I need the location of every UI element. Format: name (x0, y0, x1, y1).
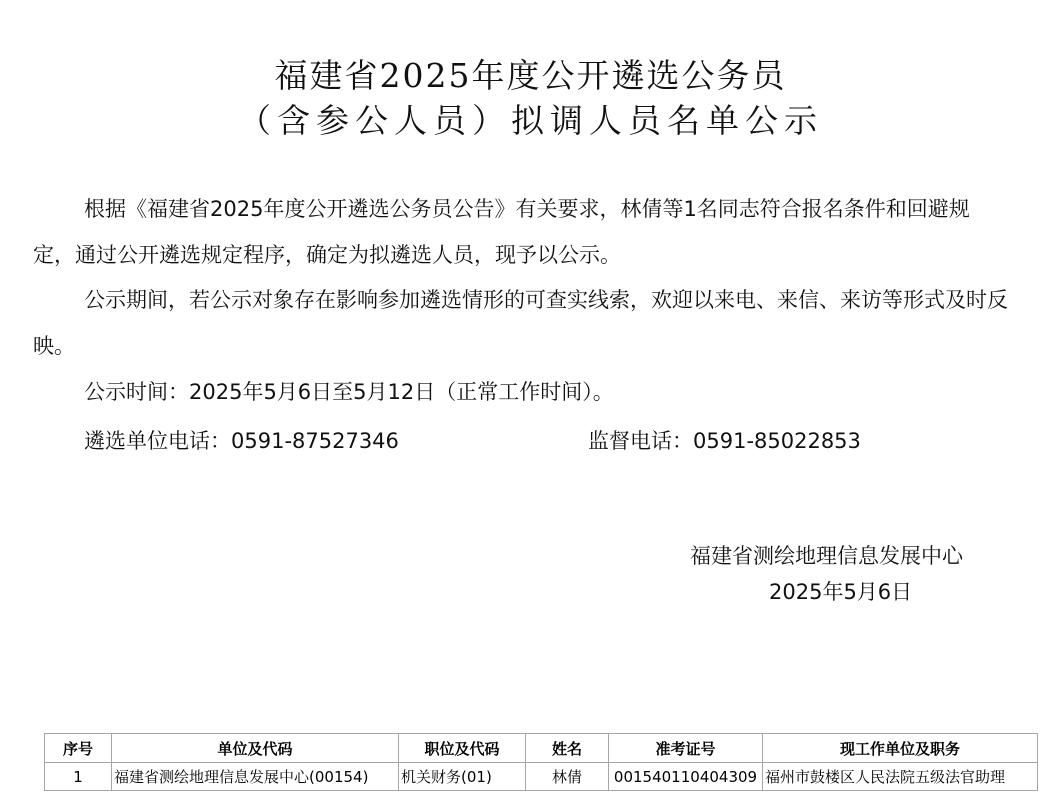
table-row: 1 福建省测绘地理信息发展中心(00154) 机关财务(01) 林倩 00154… (45, 763, 1038, 791)
document-title-line-2: （含参公人员）拟调人员名单公示 (0, 95, 1061, 142)
notice-period: 公示时间：2025年5月6日至5月12日（正常工作时间）。 (84, 376, 614, 406)
header-exam-number: 准考证号 (609, 734, 763, 763)
paragraph-feedback: 公示期间，若公示对象存在影响参加遴选情形的可查实线索，欢迎以来电、来信、来访等形… (33, 277, 1008, 369)
header-name: 姓名 (526, 734, 609, 763)
cell-position-code: 机关财务(01) (399, 763, 526, 791)
selection-unit-phone: 遴选单位电话：0591-87527346 (84, 425, 399, 455)
candidate-table: 序号 单位及代码 职位及代码 姓名 准考证号 现工作单位及职务 1 福建省测绘地… (44, 733, 1038, 791)
signature-date: 2025年5月6日 (769, 576, 912, 606)
signature-organization: 福建省测绘地理信息发展中心 (690, 540, 963, 570)
table-header-row: 序号 单位及代码 职位及代码 姓名 准考证号 现工作单位及职务 (45, 734, 1038, 763)
cell-name: 林倩 (526, 763, 609, 791)
supervision-phone: 监督电话：0591-85022853 (588, 425, 861, 455)
document-title-line-1: 福建省2025年度公开遴选公务员 (0, 50, 1061, 97)
header-unit-code: 单位及代码 (112, 734, 399, 763)
header-position-code: 职位及代码 (399, 734, 526, 763)
cell-current-employer: 福州市鼓楼区人民法院五级法官助理 (763, 763, 1038, 791)
paragraph-eligibility: 根据《福建省2025年度公开遴选公务员公告》有关要求，林倩等1名同志符合报名条件… (33, 186, 1008, 278)
cell-exam-number: 001540110404309 (609, 763, 763, 791)
header-index: 序号 (45, 734, 112, 763)
cell-unit-code: 福建省测绘地理信息发展中心(00154) (112, 763, 399, 791)
cell-index: 1 (45, 763, 112, 791)
header-current-employer: 现工作单位及职务 (763, 734, 1038, 763)
